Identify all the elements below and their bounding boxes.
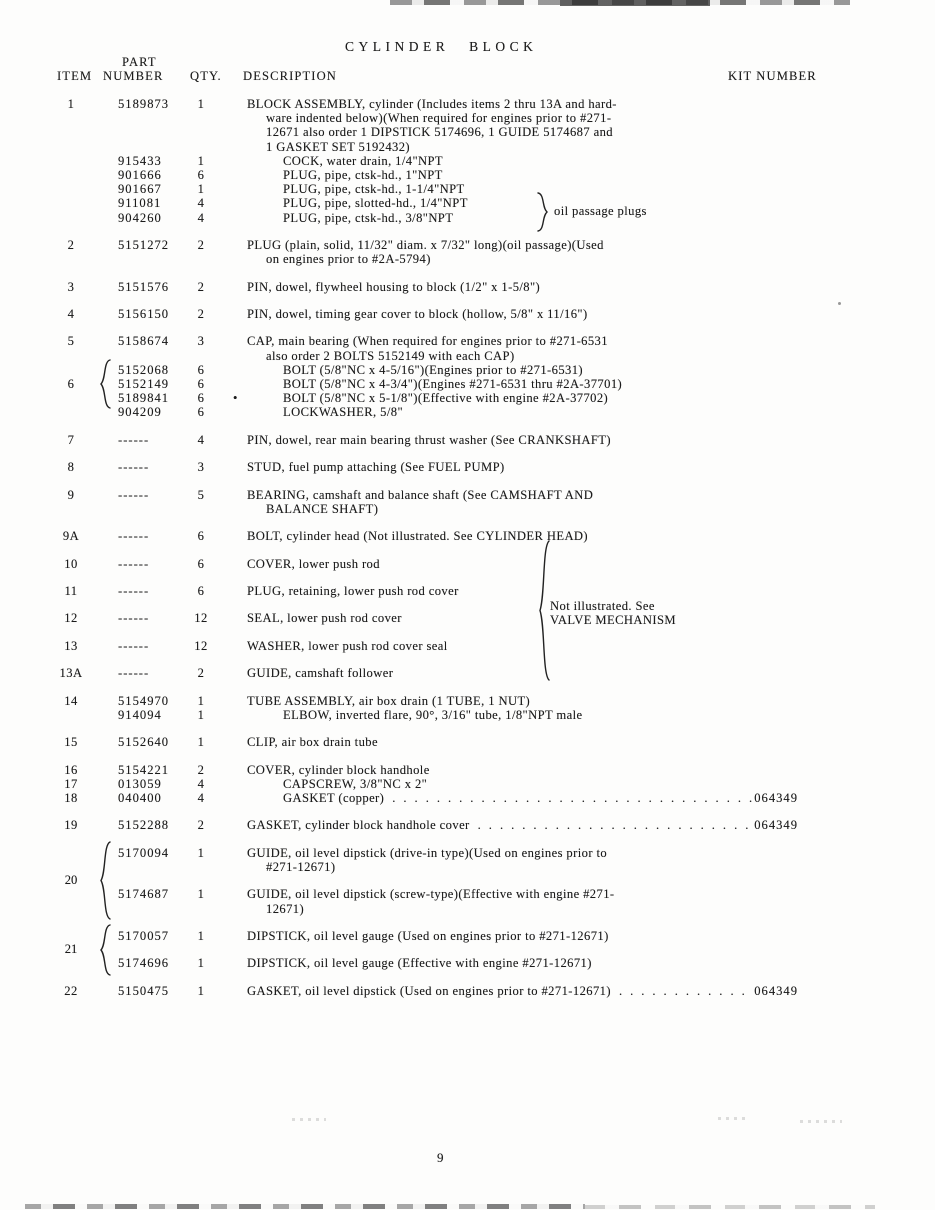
leader-dots: ........................................… <box>619 984 752 999</box>
description-cell: BALANCE SHAFT) <box>266 502 378 517</box>
item-number-cell: 12 <box>52 611 90 626</box>
table-row: 651521496BOLT (5/8"NC x 4-3/4")(Engines … <box>0 377 935 391</box>
item-number-cell: 17 <box>52 777 90 792</box>
table-row: 8------3STUD, fuel pump attaching (See F… <box>0 460 935 474</box>
qty-cell: 1 <box>186 694 216 709</box>
scan-artifact-bottom <box>25 1204 585 1209</box>
table-row: 551586743CAP, main bearing (When require… <box>0 334 935 348</box>
table-row: 9016671PLUG, pipe, ctsk-hd., 1-1/4"NPT <box>0 182 935 196</box>
part-number-cell: 5189873 <box>118 97 169 112</box>
item-number-cell: 19 <box>52 818 90 833</box>
description-cell: CAP, main bearing (When required for eng… <box>247 334 608 349</box>
valve-mechanism-label-line2: VALVE MECHANISM <box>550 613 676 628</box>
part-number-cell: 901666 <box>118 168 162 183</box>
description-cell: on engines prior to #2A-5794) <box>266 252 431 267</box>
part-number-cell: 040400 <box>118 791 162 806</box>
item-number-cell: 13A <box>52 666 90 681</box>
table-row: 2251504751GASKET, oil level dipstick (Us… <box>0 984 935 998</box>
description-cell: BOLT (5/8"NC x 5-1/8")(Effective with en… <box>283 391 608 406</box>
item-number-20: 20 <box>52 873 90 888</box>
part-number-cell: 5150475 <box>118 984 169 999</box>
description-cell: SEAL, lower push rod cover <box>247 611 402 626</box>
qty-cell: 2 <box>186 307 216 322</box>
item-number-cell: 16 <box>52 763 90 778</box>
description-cell: PLUG (plain, solid, 11/32" diam. x 7/32"… <box>247 238 604 253</box>
description-cell: 12671) <box>266 902 304 917</box>
table-row: 9140941ELBOW, inverted flare, 90°, 3/16"… <box>0 708 935 722</box>
qty-cell: 4 <box>186 196 216 211</box>
description-text: GASKET, cylinder block handhole cover <box>247 818 470 833</box>
part-number-cell: 5174696 <box>118 956 169 971</box>
item-number-cell: 14 <box>52 694 90 709</box>
item-number-cell: 4 <box>52 307 90 322</box>
qty-cell: 2 <box>186 818 216 833</box>
description-cell: BEARING, camshaft and balance shaft (See… <box>247 488 593 503</box>
description-cell: GASKET, oil level dipstick (Used on engi… <box>247 984 798 999</box>
item-number-21: 21 <box>52 942 90 957</box>
qty-cell: 6 <box>186 168 216 183</box>
part-number-cell: 5189841 <box>118 391 169 406</box>
table-row: 9A------6BOLT, cylinder head (Not illust… <box>0 529 935 543</box>
table-row: 7------4PIN, dowel, rear main bearing th… <box>0 433 935 447</box>
table-row: 51520686BOLT (5/8"NC x 4-5/16")(Engines … <box>0 363 935 377</box>
qty-cell: 12 <box>186 611 216 626</box>
part-number-cell: 914094 <box>118 708 162 723</box>
qty-cell: 1 <box>186 97 216 112</box>
part-number-cell: 5152640 <box>118 735 169 750</box>
table-row: ware indented below)(When required for e… <box>0 111 935 125</box>
table-row: 12------12SEAL, lower push rod cover <box>0 611 935 625</box>
description-cell: GASKET, cylinder block handhole cover...… <box>247 818 798 833</box>
part-number-cell: ------ <box>118 529 149 544</box>
part-number-cell: 5170057 <box>118 929 169 944</box>
item-number-cell: 8 <box>52 460 90 475</box>
description-cell: 12671 also order 1 DIPSTICK 5174696, 1 G… <box>266 125 613 140</box>
table-row: 1551526401CLIP, air box drain tube <box>0 735 935 749</box>
qty-cell: 3 <box>186 334 216 349</box>
description-cell: ware indented below)(When required for e… <box>266 111 611 126</box>
table-row: 9042604PLUG, pipe, ctsk-hd., 3/8"NPT <box>0 211 935 225</box>
part-number-cell: ------ <box>118 433 149 448</box>
part-number-cell: 013059 <box>118 777 162 792</box>
qty-cell: 1 <box>186 182 216 197</box>
description-cell: BOLT (5/8"NC x 4-5/16")(Engines prior to… <box>283 363 583 378</box>
part-number-cell: 5170094 <box>118 846 169 861</box>
qty-cell: 6 <box>186 405 216 420</box>
part-number-cell: 5174687 <box>118 887 169 902</box>
description-cell: PIN, dowel, rear main bearing thrust was… <box>247 433 611 448</box>
qty-cell: 4 <box>186 211 216 226</box>
table-row: 51746871GUIDE, oil level dipstick (screw… <box>0 887 935 901</box>
scan-smudge <box>292 1118 326 1121</box>
part-number-cell: ------ <box>118 488 149 503</box>
table-row: 1 GASKET SET 5192432) <box>0 140 935 154</box>
page-title: CYLINDER BLOCK <box>345 39 537 55</box>
column-header-part: PART <box>122 55 157 70</box>
description-text: GASKET, oil level dipstick (Used on engi… <box>247 984 611 999</box>
table-row: 13A------2GUIDE, camshaft follower <box>0 666 935 680</box>
description-cell: COVER, lower push rod <box>247 557 380 572</box>
oil-passage-plugs-label: oil passage plugs <box>554 204 647 219</box>
description-cell: PLUG, pipe, slotted-hd., 1/4"NPT <box>283 196 468 211</box>
description-cell: GUIDE, oil level dipstick (drive-in type… <box>247 846 607 861</box>
brace-oil-passage-plugs <box>536 192 549 232</box>
kit-number-cell: 064349 <box>754 984 798 999</box>
description-cell: DIPSTICK, oil level gauge (Effective wit… <box>247 956 592 971</box>
scan-artifact-top-dark <box>560 0 710 6</box>
item-number-cell: 11 <box>52 584 90 599</box>
part-number-cell: 5152288 <box>118 818 169 833</box>
description-cell: BOLT, cylinder head (Not illustrated. Se… <box>247 529 588 544</box>
table-row: #271-12671) <box>0 860 935 874</box>
description-cell: TUBE ASSEMBLY, air box drain (1 TUBE, 1 … <box>247 694 530 709</box>
part-number-cell: 901667 <box>118 182 162 197</box>
description-cell: #271-12671) <box>266 860 335 875</box>
description-cell: PIN, dowel, flywheel housing to block (1… <box>247 280 540 295</box>
leader-dots: ........................................… <box>478 818 753 833</box>
table-row: 13------12WASHER, lower push rod cover s… <box>0 639 935 653</box>
table-row: 151898731BLOCK ASSEMBLY, cylinder (Inclu… <box>0 97 935 111</box>
page-number: 9 <box>437 1150 444 1166</box>
table-row: 9------5BEARING, camshaft and balance sh… <box>0 488 935 502</box>
qty-cell: 6 <box>186 529 216 544</box>
table-row: 1951522882GASKET, cylinder block handhol… <box>0 818 935 832</box>
table-row: also order 2 BOLTS 5152149 with each CAP… <box>0 349 935 363</box>
part-number-cell: 5158674 <box>118 334 169 349</box>
item-number-cell: 3 <box>52 280 90 295</box>
part-number-cell: 915433 <box>118 154 162 169</box>
part-number-cell: 5154970 <box>118 694 169 709</box>
item-number-cell: 18 <box>52 791 90 806</box>
qty-cell: 4 <box>186 791 216 806</box>
part-number-cell: 5152068 <box>118 363 169 378</box>
description-cell: GUIDE, camshaft follower <box>247 666 393 681</box>
qty-cell: 5 <box>186 488 216 503</box>
table-row: 12671) <box>0 902 935 916</box>
item-number-cell: 10 <box>52 557 90 572</box>
scan-artifact-bottom-2 <box>585 1205 875 1209</box>
column-header-qty: QTY. <box>190 69 222 84</box>
column-header-kit-number: KIT NUMBER <box>728 69 817 84</box>
qty-cell: 1 <box>186 956 216 971</box>
part-number-cell: ------ <box>118 639 149 654</box>
scanned-page: CYLINDER BLOCK PART ITEM NUMBER QTY. DES… <box>0 0 935 1210</box>
table-row: 51746961DIPSTICK, oil level gauge (Effec… <box>0 956 935 970</box>
table-row: 1651542212COVER, cylinder block handhole <box>0 763 935 777</box>
qty-cell: 1 <box>186 887 216 902</box>
qty-cell: 4 <box>186 433 216 448</box>
description-cell: 1 GASKET SET 5192432) <box>266 140 410 155</box>
qty-cell: 1 <box>186 984 216 999</box>
part-number-cell: 5154221 <box>118 763 169 778</box>
part-number-cell: 5156150 <box>118 307 169 322</box>
description-cell: PLUG, pipe, ctsk-hd., 1"NPT <box>283 168 443 183</box>
qty-cell: 6 <box>186 584 216 599</box>
qty-cell: 12 <box>186 639 216 654</box>
part-number-cell: ------ <box>118 584 149 599</box>
description-cell: GASKET (copper).........................… <box>283 791 798 806</box>
description-cell: LOCKWASHER, 5/8" <box>283 405 403 420</box>
table-row: 180404004GASKET (copper)................… <box>0 791 935 805</box>
qty-cell: 6 <box>186 377 216 392</box>
description-cell: BLOCK ASSEMBLY, cylinder (Includes items… <box>247 97 617 112</box>
description-cell: PLUG, retaining, lower push rod cover <box>247 584 459 599</box>
description-cell: BOLT (5/8"NC x 4-3/4")(Engines #271-6531… <box>283 377 622 392</box>
column-header-number: NUMBER <box>103 69 163 84</box>
table-row: on engines prior to #2A-5794) <box>0 252 935 266</box>
item-number-cell: 15 <box>52 735 90 750</box>
qty-cell: 6 <box>186 391 216 406</box>
leader-dots: ........................................… <box>392 791 752 806</box>
qty-cell: 1 <box>186 708 216 723</box>
qty-cell: 2 <box>186 763 216 778</box>
scan-smudge <box>718 1117 746 1120</box>
qty-cell: 2 <box>186 238 216 253</box>
description-cell: PLUG, pipe, ctsk-hd., 1-1/4"NPT <box>283 182 465 197</box>
table-row: 9042096LOCKWASHER, 5/8" <box>0 405 935 419</box>
table-row: 10------6COVER, lower push rod <box>0 557 935 571</box>
valve-mechanism-label-line1: Not illustrated. See <box>550 599 655 614</box>
item-number-cell: 9A <box>52 529 90 544</box>
scan-speck <box>838 302 841 305</box>
part-number-cell: 5152149 <box>118 377 169 392</box>
part-number-cell: 5151272 <box>118 238 169 253</box>
scan-smudge <box>800 1120 842 1123</box>
description-cell: COCK, water drain, 1/4"NPT <box>283 154 443 169</box>
table-row: 1451549701TUBE ASSEMBLY, air box drain (… <box>0 694 935 708</box>
table-row: 251512722PLUG (plain, solid, 11/32" diam… <box>0 238 935 252</box>
part-number-cell: 911081 <box>118 196 161 211</box>
description-cell: CAPSCREW, 3/8"NC x 2" <box>283 777 427 792</box>
table-row: 51898416•BOLT (5/8"NC x 5-1/8")(Effectiv… <box>0 391 935 405</box>
table-row: 12671 also order 1 DIPSTICK 5174696, 1 G… <box>0 125 935 139</box>
qty-cell: 1 <box>186 735 216 750</box>
description-cell: WASHER, lower push rod cover seal <box>247 639 448 654</box>
qty-cell: 2 <box>186 280 216 295</box>
qty-cell: 1 <box>186 846 216 861</box>
item-number-cell: 2 <box>52 238 90 253</box>
item-number-cell: 22 <box>52 984 90 999</box>
brace-item-21 <box>99 924 112 976</box>
qty-cell: 1 <box>186 154 216 169</box>
table-row: 11------6PLUG, retaining, lower push rod… <box>0 584 935 598</box>
qty-cell: 3 <box>186 460 216 475</box>
kit-number-cell: 064349 <box>754 791 798 806</box>
description-cell: COVER, cylinder block handhole <box>247 763 430 778</box>
description-cell: GUIDE, oil level dipstick (screw-type)(E… <box>247 887 615 902</box>
description-cell: PIN, dowel, timing gear cover to block (… <box>247 307 588 322</box>
item-number-cell: 9 <box>52 488 90 503</box>
part-number-cell: 5151576 <box>118 280 169 295</box>
brace-item-6 <box>99 359 112 409</box>
item-number-cell: 13 <box>52 639 90 654</box>
kit-number-cell: 064349 <box>754 818 798 833</box>
qty-cell: 1 <box>186 929 216 944</box>
table-row: 351515762PIN, dowel, flywheel housing to… <box>0 280 935 294</box>
table-row: 451561502PIN, dowel, timing gear cover t… <box>0 307 935 321</box>
table-row: 170130594CAPSCREW, 3/8"NC x 2" <box>0 777 935 791</box>
table-row: 9016666PLUG, pipe, ctsk-hd., 1"NPT <box>0 168 935 182</box>
column-header-item: ITEM <box>57 69 92 84</box>
table-row: 9154331COCK, water drain, 1/4"NPT <box>0 154 935 168</box>
table-row: BALANCE SHAFT) <box>0 502 935 516</box>
table-row: 51700571DIPSTICK, oil level gauge (Used … <box>0 929 935 943</box>
description-cell: STUD, fuel pump attaching (See FUEL PUMP… <box>247 460 505 475</box>
part-number-cell: ------ <box>118 460 149 475</box>
item-number-cell: 1 <box>52 97 90 112</box>
item-number-cell: 6 <box>52 377 90 392</box>
description-cell: DIPSTICK, oil level gauge (Used on engin… <box>247 929 609 944</box>
part-number-cell: 904209 <box>118 405 162 420</box>
qty-cell: 6 <box>186 557 216 572</box>
part-number-cell: ------ <box>118 666 149 681</box>
description-text: GASKET (copper) <box>283 791 384 806</box>
qty-cell: 4 <box>186 777 216 792</box>
part-number-cell: 904260 <box>118 211 162 226</box>
stray-mark: • <box>233 391 238 406</box>
item-number-cell: 5 <box>52 334 90 349</box>
description-cell: PLUG, pipe, ctsk-hd., 3/8"NPT <box>283 211 453 226</box>
column-header-description: DESCRIPTION <box>243 69 337 84</box>
description-cell: CLIP, air box drain tube <box>247 735 378 750</box>
part-number-cell: ------ <box>118 611 149 626</box>
table-row: 51700941GUIDE, oil level dipstick (drive… <box>0 846 935 860</box>
table-row: 9110814PLUG, pipe, slotted-hd., 1/4"NPT <box>0 196 935 210</box>
description-cell: also order 2 BOLTS 5152149 with each CAP… <box>266 349 515 364</box>
qty-cell: 2 <box>186 666 216 681</box>
description-cell: ELBOW, inverted flare, 90°, 3/16" tube, … <box>283 708 583 723</box>
item-number-cell: 7 <box>52 433 90 448</box>
brace-item-20 <box>99 841 112 920</box>
part-number-cell: ------ <box>118 557 149 572</box>
qty-cell: 6 <box>186 363 216 378</box>
